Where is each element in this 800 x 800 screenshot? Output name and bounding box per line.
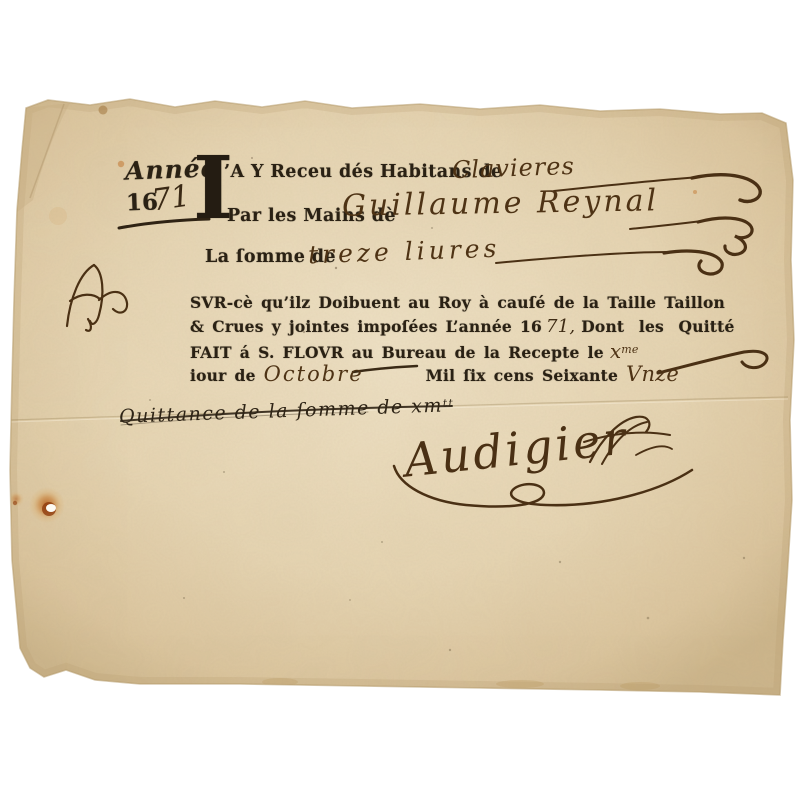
handwritten-year-inline: 71, (546, 316, 575, 337)
body-line-2: & Crues y jointes impoſées L’année 1671,… (190, 316, 735, 337)
handwritten-month: Octobre (264, 362, 364, 386)
body-line-1: SVR-cè qu’ilz Doibuent au Roy à cauſé de… (190, 293, 725, 312)
body-line-3-printed: FAIT á S. FLOVR au Bureau de la Recepte … (190, 343, 604, 362)
handwritten-day: xme (610, 339, 639, 363)
body-line-4: iour deOctobreMil ſix cens SeixanteVnze (190, 362, 679, 386)
document-scan: Année 16 71 I ’A Y Receu dés Habitans de… (0, 0, 800, 800)
body-line-3: FAIT á S. FLOVR au Bureau de la Recepte … (190, 339, 639, 363)
handwritten-payer-name: Guillaume Reynal (342, 183, 660, 224)
body-line-2-printed-a: & Crues y jointes impoſées L’année 16 (190, 317, 542, 336)
handwritten-units: Vnze (626, 362, 679, 386)
body-line-4-printed-b: Mil ſix cens Seixante (426, 366, 618, 385)
rust-stain-large (29, 487, 65, 523)
handwritten-place-name: Clavieres (452, 152, 576, 184)
handwritten-day-suffix: me (621, 343, 638, 356)
crossed-out-superscript: tt (443, 397, 455, 409)
body-line-4-printed-a: iour de (190, 366, 256, 385)
body-line-2-printed-b: Dont les Quitté (581, 317, 734, 336)
year-handwritten: 71 (150, 179, 193, 219)
